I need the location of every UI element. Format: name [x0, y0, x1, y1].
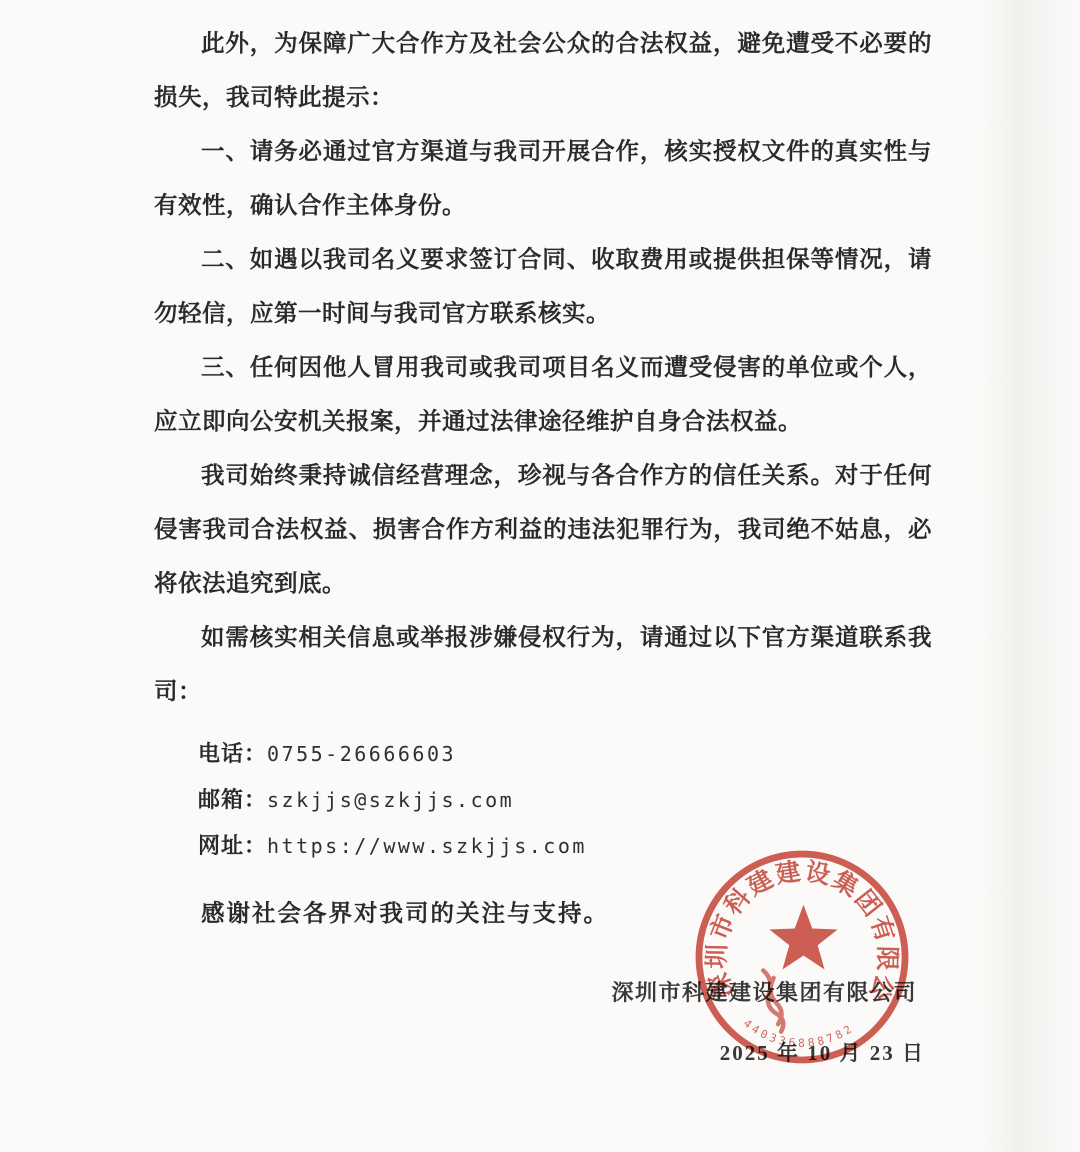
notice-item-2: 二、如遇以我司名义要求签订合同、收取费用或提供担保等情况，请勿轻信，应第一时间与… [154, 233, 932, 341]
signature-company: 深圳市科建建设集团有限公司 [611, 976, 917, 1007]
commitment-paragraph: 我司始终秉持诚信经营理念，珍视与各合作方的信任关系。对于任何侵害我司合法权益、损… [154, 449, 932, 611]
phone-row: 电话：0755-26666603 [154, 731, 932, 777]
email-row: 邮箱：szkjjs@szkjjs.com [154, 777, 932, 823]
email-label: 邮箱： [198, 787, 267, 812]
phone-value: 0755-26666603 [267, 742, 456, 766]
intro-paragraph: 此外，为保障广大合作方及社会公众的合法权益，避免遭受不必要的损失，我司特此提示： [154, 17, 932, 125]
document-page: 此外，为保障广大合作方及社会公众的合法权益，避免遭受不必要的损失，我司特此提示：… [0, 0, 1080, 1152]
website-label: 网址： [198, 833, 267, 858]
website-row: 网址：https://www.szkjjs.com [154, 823, 932, 869]
notice-item-1: 一、请务必通过官方渠道与我司开展合作，核实授权文件的真实性与有效性，确认合作主体… [154, 125, 932, 233]
contact-intro-paragraph: 如需核实相关信息或举报涉嫌侵权行为，请通过以下官方渠道联系我司： [154, 611, 932, 719]
contact-list: 电话：0755-26666603 邮箱：szkjjs@szkjjs.com 网址… [154, 731, 932, 869]
closing-paragraph: 感谢社会各界对我司的关注与支持。 [154, 887, 932, 941]
notice-item-3: 三、任何因他人冒用我司或我司项目名义而遭受侵害的单位或个人，应立即向公安机关报案… [154, 341, 932, 449]
phone-label: 电话： [198, 741, 267, 766]
signature-date: 2025 年 10 月 23 日 [720, 1037, 925, 1067]
website-value: https://www.szkjjs.com [267, 834, 587, 858]
email-value: szkjjs@szkjjs.com [267, 788, 514, 812]
document-body: 此外，为保障广大合作方及社会公众的合法权益，避免遭受不必要的损失，我司特此提示：… [154, 17, 932, 965]
